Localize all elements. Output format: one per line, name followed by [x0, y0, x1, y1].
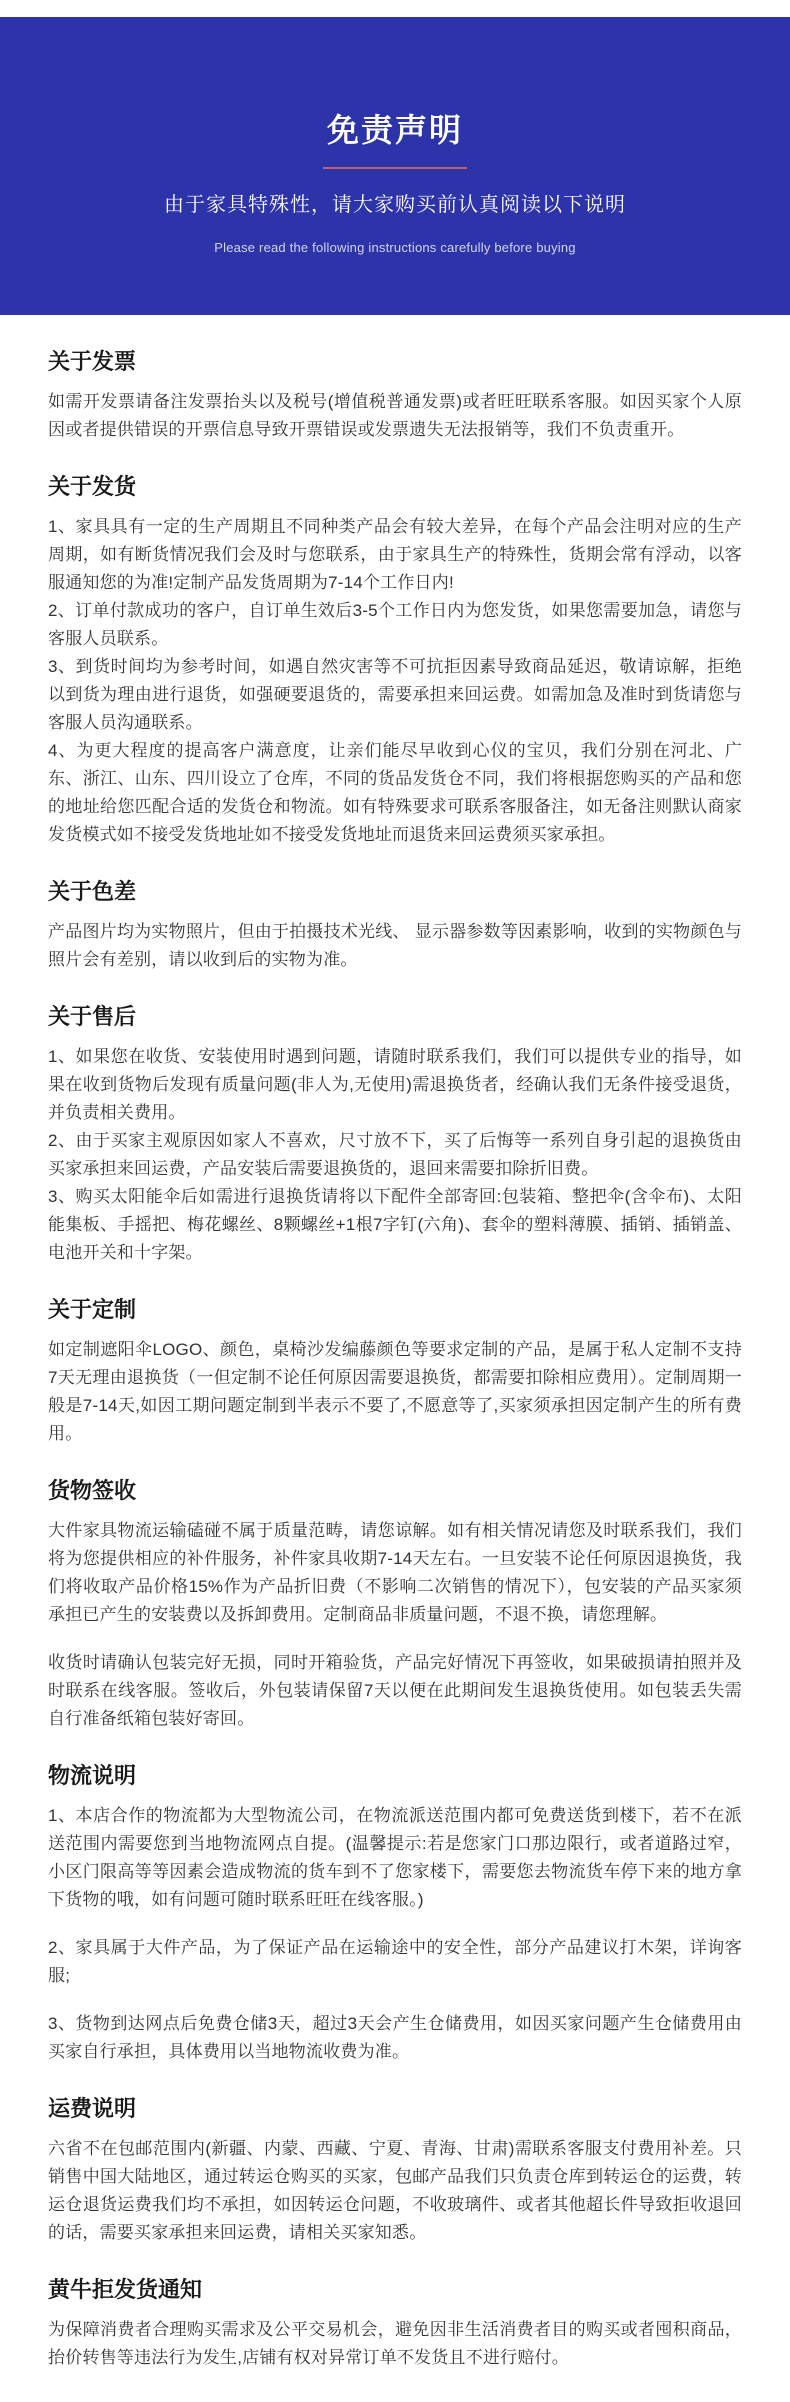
section-paragraph: 六省不在包邮范围内(新疆、内蒙、西藏、宁夏、青海、甘肃)需联系客服支付费用补差。… — [48, 2135, 742, 2247]
disclaimer-section: 关于定制 如定制遮阳伞LOGO、颜色，桌椅沙发编藤颜色等要求定制的产品，是属于私… — [48, 1295, 742, 1448]
section-paragraphs: 1、本店合作的物流都为大型物流公司，在物流派送范围内都可免费送货到楼下，若不在派… — [48, 1802, 742, 2066]
section-paragraph: 产品图片均为实物照片，但由于拍摄技术光线、 显示器参数等因素影响，收到的实物颜色… — [48, 918, 742, 974]
section-paragraphs: 如需开发票请备注发票抬头以及税号(增值税普通发票)或者旺旺联系客服。如因买家个人… — [48, 388, 742, 444]
section-paragraph: 3、购买太阳能伞后如需进行退换货请将以下配件全部寄回:包装箱、整把伞(含伞布)、… — [48, 1183, 742, 1267]
section-paragraph: 1、家具具有一定的生产周期且不同种类产品会有较大差异，在每个产品会注明对应的生产… — [48, 513, 742, 597]
banner-title: 免责声明 — [327, 113, 463, 147]
section-paragraph: 收货时请确认包装完好无损，同时开箱验货，产品完好情况下再签收，如果破损请拍照并及… — [48, 1649, 742, 1733]
section-paragraph: 4、为更大程度的提高客户满意度，让亲们能尽早收到心仪的宝贝，我们分别在河北、广东… — [48, 737, 742, 849]
section-heading: 关于售后 — [48, 1002, 742, 1032]
section-paragraphs: 1、家具具有一定的生产周期且不同种类产品会有较大差异，在每个产品会注明对应的生产… — [48, 513, 742, 849]
section-paragraph: 1、如果您在收货、安装使用时遇到问题，请随时联系我们，我们可以提供专业的指导，如… — [48, 1043, 742, 1127]
banner-subtitle-en: Please read the following instructions c… — [214, 239, 575, 257]
section-paragraphs: 六省不在包邮范围内(新疆、内蒙、西藏、宁夏、青海、甘肃)需联系客服支付费用补差。… — [48, 2135, 742, 2247]
disclaimer-section: 货物签收 大件家具物流运输磕碰不属于质量范畴，请您谅解。如有相关情况请您及时联系… — [48, 1476, 742, 1733]
section-paragraph: 2、订单付款成功的客户，自订单生效后3-5个工作日内为您发货，如果您需要加急，请… — [48, 597, 742, 653]
disclaimer-section: 关于发票 如需开发票请备注发票抬头以及税号(增值税普通发票)或者旺旺联系客服。如… — [48, 347, 742, 444]
banner-subtitle: 由于家具特殊性，请大家购买前认真阅读以下说明 — [164, 191, 626, 219]
section-heading: 黄牛拒发货通知 — [48, 2275, 742, 2305]
section-paragraph: 如定制遮阳伞LOGO、颜色，桌椅沙发编藤颜色等要求定制的产品，是属于私人定制不支… — [48, 1336, 742, 1448]
disclaimer-section: 关于发货 1、家具具有一定的生产周期且不同种类产品会有较大差异，在每个产品会注明… — [48, 472, 742, 849]
section-paragraph: 2、由于买家主观原因如家人不喜欢，尺寸放不下，买了后悔等一系列自身引起的退换货由… — [48, 1127, 742, 1183]
section-paragraph: 3、到货时间均为参考时间，如遇自然灾害等不可抗拒因素导致商品延迟，敬请谅解，拒绝… — [48, 653, 742, 737]
disclaimer-page: 免责声明 由于家具特殊性，请大家购买前认真阅读以下说明 Please read … — [0, 0, 790, 2402]
section-paragraph: 3、货物到达网点后免费仓储3天，超过3天会产生仓储费用，如因买家问题产生仓储费用… — [48, 2010, 742, 2066]
section-heading: 物流说明 — [48, 1761, 742, 1791]
section-paragraphs: 大件家具物流运输磕碰不属于质量范畴，请您谅解。如有相关情况请您及时联系我们，我们… — [48, 1517, 742, 1733]
disclaimer-section: 关于色差 产品图片均为实物照片，但由于拍摄技术光线、 显示器参数等因素影响，收到… — [48, 877, 742, 974]
disclaimer-banner: 免责声明 由于家具特殊性，请大家购买前认真阅读以下说明 Please read … — [0, 17, 790, 315]
section-paragraph: 为保障消费者合理购买需求及公平交易机会，避免因非生活消费者目的购买或者囤积商品，… — [48, 2316, 742, 2372]
section-paragraph: 如需开发票请备注发票抬头以及税号(增值税普通发票)或者旺旺联系客服。如因买家个人… — [48, 388, 742, 444]
top-white-strip — [0, 0, 790, 17]
section-heading: 运费说明 — [48, 2094, 742, 2124]
section-heading: 货物签收 — [48, 1476, 742, 1506]
section-paragraph: 2、家具属于大件产品，为了保证产品在运输途中的安全性，部分产品建议打木架，详询客… — [48, 1934, 742, 1990]
section-heading: 关于定制 — [48, 1295, 742, 1325]
section-paragraphs: 如定制遮阳伞LOGO、颜色，桌椅沙发编藤颜色等要求定制的产品，是属于私人定制不支… — [48, 1336, 742, 1448]
section-paragraphs: 产品图片均为实物照片，但由于拍摄技术光线、 显示器参数等因素影响，收到的实物颜色… — [48, 918, 742, 974]
section-heading: 关于发票 — [48, 347, 742, 377]
disclaimer-content: 关于发票 如需开发票请备注发票抬头以及税号(增值税普通发票)或者旺旺联系客服。如… — [0, 315, 790, 2402]
banner-divider — [323, 167, 467, 169]
section-paragraphs: 1、如果您在收货、安装使用时遇到问题，请随时联系我们，我们可以提供专业的指导，如… — [48, 1043, 742, 1267]
section-paragraphs: 为保障消费者合理购买需求及公平交易机会，避免因非生活消费者目的购买或者囤积商品，… — [48, 2316, 742, 2372]
disclaimer-section: 运费说明 六省不在包邮范围内(新疆、内蒙、西藏、宁夏、青海、甘肃)需联系客服支付… — [48, 2094, 742, 2247]
section-heading: 关于色差 — [48, 877, 742, 907]
section-heading: 关于发货 — [48, 472, 742, 502]
section-paragraph: 大件家具物流运输磕碰不属于质量范畴，请您谅解。如有相关情况请您及时联系我们，我们… — [48, 1517, 742, 1629]
disclaimer-section: 关于售后 1、如果您在收货、安装使用时遇到问题，请随时联系我们，我们可以提供专业… — [48, 1002, 742, 1267]
disclaimer-section: 黄牛拒发货通知 为保障消费者合理购买需求及公平交易机会，避免因非生活消费者目的购… — [48, 2275, 742, 2372]
disclaimer-section: 物流说明 1、本店合作的物流都为大型物流公司，在物流派送范围内都可免费送货到楼下… — [48, 1761, 742, 2066]
section-paragraph: 1、本店合作的物流都为大型物流公司，在物流派送范围内都可免费送货到楼下，若不在派… — [48, 1802, 742, 1914]
